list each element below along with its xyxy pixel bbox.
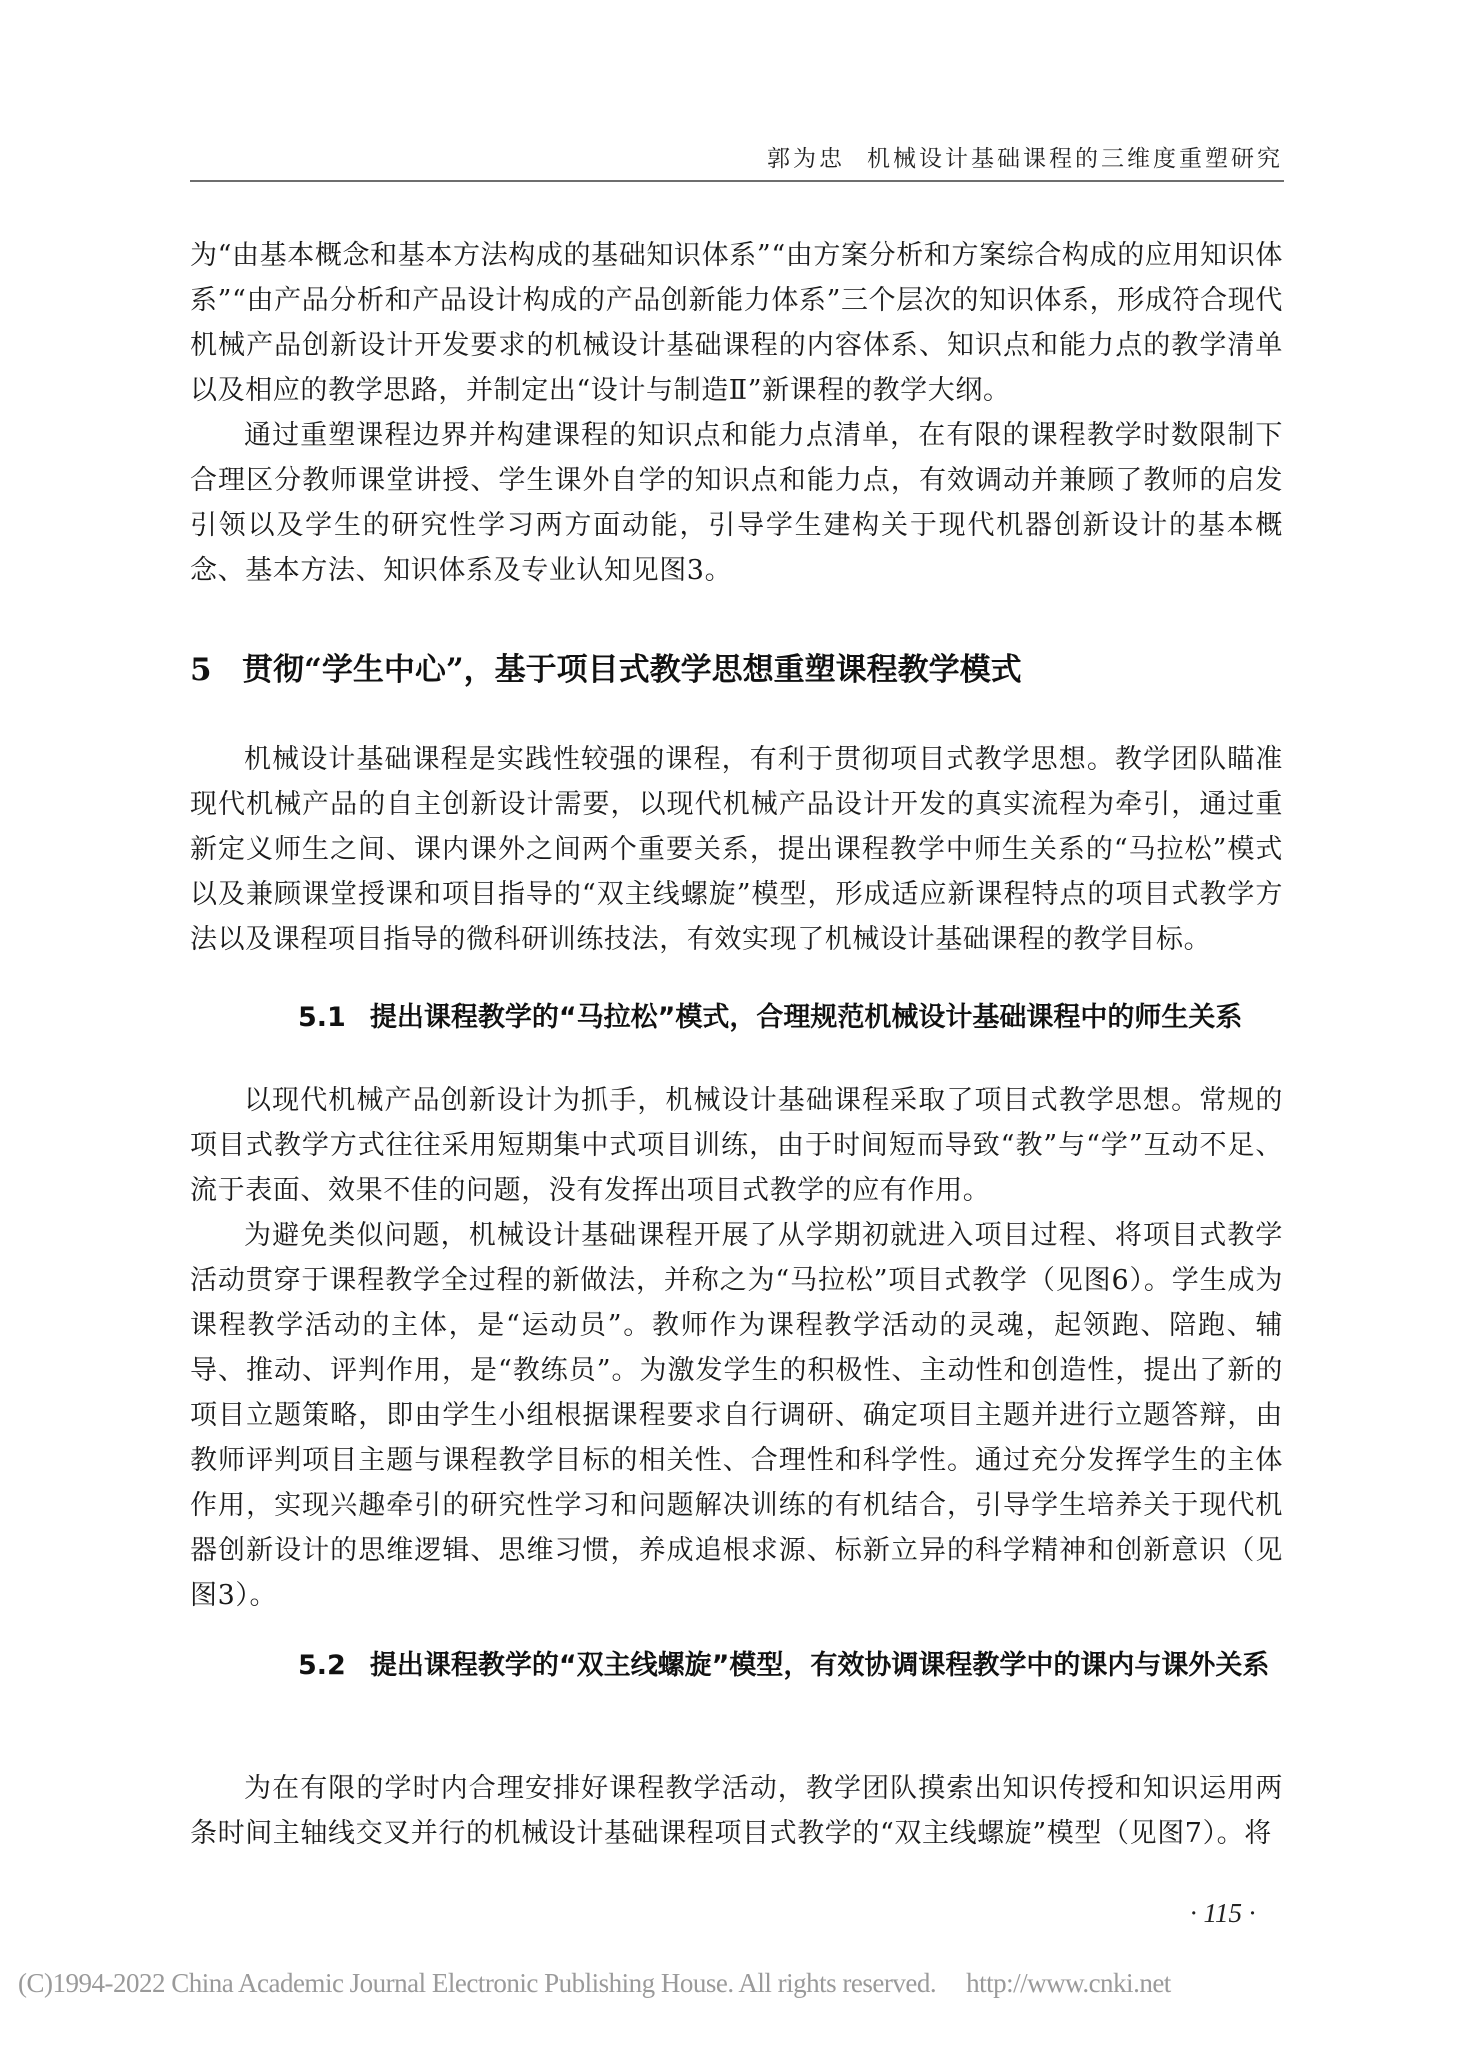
copyright-notice: (C)1994-2022 China Academic Journal Elec… [18,1968,1171,1999]
copyright-text: (C)1994-2022 China Academic Journal Elec… [18,1968,936,1998]
header-title: 机械设计基础课程的三维度重塑研究 [867,146,1283,172]
paragraph: 为避免类似问题，机械设计基础课程开展了从学期初就进入项目过程、将项目式教学活动贯… [190,1213,1283,1618]
section-heading-5: 5贯彻“学生中心”，基于项目式教学思想重塑课程教学模式 [190,650,1283,690]
subsection-heading-5-2: 5.2提出课程教学的“双主线螺旋”模型，有效协调课程教学中的课内与课外关系 [190,1643,1283,1688]
running-header: 郭为忠机械设计基础课程的三维度重塑研究 [190,140,1283,176]
subsection-title: 提出课程教学的“双主线螺旋”模型，有效协调课程教学中的课内与课外关系 [370,1650,1270,1681]
paragraph: 通过重塑课程边界并构建课程的知识点和能力点清单，在有限的课程教学时数限制下合理区… [190,413,1283,593]
header-rule [190,180,1284,182]
paragraph: 为“由基本概念和基本方法构成的基础知识体系”“由方案分析和方案综合构成的应用知识… [190,233,1283,413]
cnki-link[interactable]: http://www.cnki.net [966,1968,1171,1998]
section-title: 贯彻“学生中心”，基于项目式教学思想重塑课程教学模式 [242,652,1022,688]
subsection-title: 提出课程教学的“马拉松”模式，合理规范机械设计基础课程中的师生关系 [370,1002,1243,1033]
paragraph: 以现代机械产品创新设计为抓手，机械设计基础课程采取了项目式教学思想。常规的项目式… [190,1078,1283,1213]
paragraph: 为在有限的学时内合理安排好课程教学活动，教学团队摸索出知识传授和知识运用两条时间… [190,1766,1283,1856]
subsection-number: 5.1 [244,995,346,1040]
subsection-heading-5-1: 5.1提出课程教学的“马拉松”模式，合理规范机械设计基础课程中的师生关系 [190,995,1283,1040]
page-number: · 115 · [1190,1898,1256,1929]
header-author: 郭为忠 [767,146,845,172]
section-number: 5 [190,650,242,690]
subsection-number: 5.2 [244,1643,346,1688]
paragraph: 机械设计基础课程是实践性较强的课程，有利于贯彻项目式教学思想。教学团队瞄准现代机… [190,737,1283,962]
